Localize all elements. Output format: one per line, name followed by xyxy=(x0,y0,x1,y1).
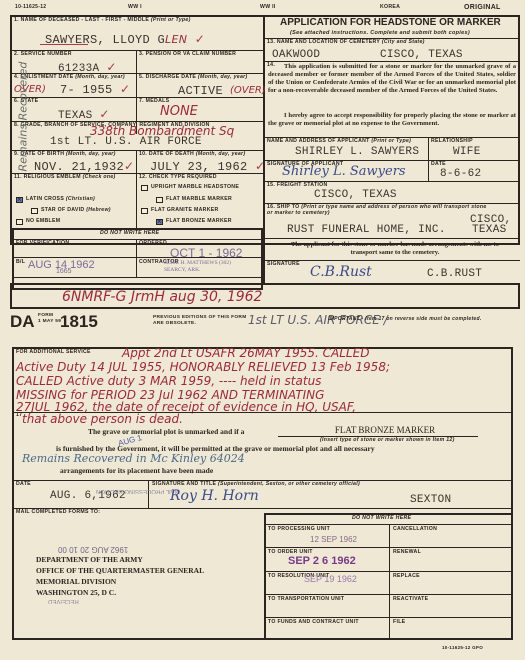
received-word-stamp: RECEIVED xyxy=(48,598,79,604)
ship-to-name: RUST FUNERAL HOME, INC. xyxy=(287,224,446,236)
field14-paragraph1: This application is submitted for a ston… xyxy=(268,63,516,95)
flat-granite-checkbox[interactable] xyxy=(141,208,148,214)
address-line-4: WASHINGTON 25, D C. xyxy=(36,588,204,599)
contractor-line2: SEARCY, ARK. xyxy=(164,267,200,273)
processing-unit-label: TO PROCESSING UNIT xyxy=(268,527,330,533)
flat-marble-label: FLAT MARBLE MARKER xyxy=(166,197,232,203)
transport-signature-label: SIGNATURE xyxy=(267,262,300,268)
funds-contract-unit-label: TO FUNDS AND CONTRACT UNIT xyxy=(268,620,359,626)
enlistment-date: 7- 1955 ✓ xyxy=(60,82,130,97)
previous-editions-note: PREVIOUS EDITIONS OF THIS FORM ARE OBSOL… xyxy=(153,315,253,326)
field14-paragraph2: I hereby agree to accept responsibility … xyxy=(268,112,516,128)
replace-label: REPLACE xyxy=(393,574,420,580)
freight-station: CISCO, TEXAS xyxy=(314,189,397,201)
field3-label: 3. PENSION OR VA CLAIM NUMBER xyxy=(139,52,236,58)
applicant-name: SHIRLEY L. SAWYERS xyxy=(295,146,419,158)
form-title: APPLICATION FOR HEADSTONE OR MARKER xyxy=(280,17,501,28)
front-office-heading: DO NOT WRITE HERE xyxy=(100,231,159,237)
flat-granite-label: FLAT GRANITE MARKER xyxy=(151,208,219,214)
star-of-david-checkbox[interactable] xyxy=(31,208,38,214)
form-word: FORM xyxy=(38,313,53,319)
field1-label: 1. NAME OF DECEASED - LAST - FIRST - MID… xyxy=(14,18,191,24)
flat-bronze-checkbox[interactable] xyxy=(156,219,163,225)
arrangements-text: arrangements for its placement have been… xyxy=(60,466,213,475)
contractor-line1: JESSE H. MATTHEWS (302) xyxy=(164,260,231,266)
additional-service-line-2: Active Duty 14 JUL 1955, HONORABLY RELIE… xyxy=(16,360,390,374)
no-emblem-checkbox[interactable] xyxy=(16,219,23,225)
address-line-2: OFFICE OF THE QUARTERMASTER GENERAL xyxy=(36,566,204,577)
reverse-office-heading: DO NOT WRITE HERE xyxy=(352,516,411,522)
reactivate-label: REACTIVATE xyxy=(393,597,428,603)
item17-hand: that above person is dead. xyxy=(22,412,183,426)
field12-label: 12. CHECK TYPE REQUIRED xyxy=(139,175,217,181)
annotation-frame xyxy=(10,283,520,309)
field2-label: 2. SERVICE NUMBER xyxy=(14,52,72,58)
cemetery-name: OAKWOOD xyxy=(272,49,320,61)
transport-note: The applicant for this stone or marker h… xyxy=(290,241,500,257)
order-unit-stamp: SEP 2 6 1962 xyxy=(288,555,356,567)
additional-service-line-3: CALLED Active duty 3 MAR 1959, ---- held… xyxy=(16,374,321,388)
cancellation-label: CANCELLATION xyxy=(393,527,437,533)
war-label-ww2: WW II xyxy=(260,5,276,11)
additional-service-line-1: Appt 2nd Lt USAFR 26MAY 1955. CALLED xyxy=(122,346,369,360)
field10-label: 10. DATE OF DEATH (Month, day, year) xyxy=(139,152,245,158)
star-of-david-label: STAR OF DAVID (Hebrew) xyxy=(41,208,111,214)
form-prefix: DA xyxy=(10,312,35,332)
applicant-date: 8-6-62 xyxy=(440,168,481,180)
file-label: FILE xyxy=(393,620,405,626)
form-code-bottom: 10-11625-12 GPO xyxy=(442,645,483,650)
no-emblem-label: NO EMBLEM xyxy=(26,219,60,225)
field11-label: 11. RELIGIOUS EMBLEM (Check one) xyxy=(14,175,116,181)
field13-label: 13. NAME AND LOCATION OF CEMETERY (City … xyxy=(267,40,425,46)
important-note: IMPORTANT - Item 17 on reverse side must… xyxy=(328,317,482,323)
grave-text: The grave or memorial plot is unmarked a… xyxy=(88,427,244,436)
form-date: 1 MAY 59 xyxy=(38,319,61,325)
field16-label: 16. SHIP TO (Print or type name and addr… xyxy=(267,205,487,217)
relationship-label: RELATIONSHIP xyxy=(431,139,473,145)
processing-unit-stamp: 12 SEP 1962 xyxy=(310,535,357,544)
mail-processing-stamp: MAIL PROCESSING SECTION xyxy=(96,488,180,494)
ship-to-state: TEXAS xyxy=(472,224,507,236)
state-value: TEXAS ✓ xyxy=(58,107,110,122)
upright-marble-checkbox[interactable] xyxy=(141,185,148,191)
field5-label: 5. DISCHARGE DATE (Month, day, year) xyxy=(139,75,248,81)
verification-label: FOR VERIFICATION xyxy=(16,241,69,247)
address-line-1: DEPARTMENT OF THE ARMY xyxy=(36,555,204,566)
flat-marble-checkbox[interactable] xyxy=(156,197,163,203)
flat-bronze-label: FLAT BRONZE MARKER xyxy=(166,219,232,225)
form-number: 1815 xyxy=(60,312,98,332)
bl-number: 1665 xyxy=(56,268,72,275)
reverse-date-label: DATE xyxy=(16,482,31,488)
additional-service-label: FOR ADDITIONAL SERVICE xyxy=(16,350,91,356)
transport-typed-name: C.B.RUST xyxy=(427,268,482,280)
grade-branch: 1st LT. U.S. AIR FORCE xyxy=(50,136,202,148)
resolution-unit-stamp: SEP 19 1962 xyxy=(304,574,357,584)
medals-value: NONE xyxy=(160,104,198,119)
transport-signature: C.B.Rust xyxy=(310,264,372,280)
applicant-name-label: NAME AND ADDRESS OF APPLICANT (Print or … xyxy=(267,139,411,145)
renewal-label: RENEWAL xyxy=(393,550,421,556)
field4-label: 4. ENLISTMENT DATE (Month, day, year) xyxy=(14,75,125,81)
copy-label: ORIGINAL xyxy=(464,4,501,12)
upright-marble-label: UPRIGHT MARBLE HEADSTONE xyxy=(151,185,239,191)
official-signature: Roy H. Horn xyxy=(170,488,259,504)
address-line-3: MEMORIAL DIVISION xyxy=(36,577,204,588)
latin-cross-checkbox[interactable] xyxy=(16,197,23,203)
form-code-top: 10-11625-12 xyxy=(15,5,46,11)
mail-label: MAIL COMPLETED FORMS TO: xyxy=(16,510,100,516)
form-subtitle: (See attached instructions. Complete and… xyxy=(290,30,470,36)
document-page: 10-11625-12 WW I WW II KOREA ORIGINAL 1.… xyxy=(0,0,525,660)
received-stamp: 1962 AUG 20 10 00 xyxy=(58,545,128,554)
transportation-unit-label: TO TRANSPORTATION UNIT xyxy=(268,597,344,603)
war-label-ww1: WW I xyxy=(128,5,142,11)
margin-note: Remains Recovered xyxy=(17,82,30,172)
discharge-date: ACTIVE xyxy=(178,84,223,98)
cemetery-location: CISCO, TEXAS xyxy=(380,49,463,61)
official-title: SEXTON xyxy=(410,494,451,506)
mailing-address: DEPARTMENT OF THE ARMY OFFICE OF THE QUA… xyxy=(36,555,204,599)
remains-hand-note: Remains Recovered in Mc Kinley 64024 xyxy=(22,452,245,465)
applicant-signature: Shirley L. Sawyers xyxy=(282,164,406,179)
marker-type: FLAT BRONZE MARKER xyxy=(300,425,470,435)
date-of-death: JULY 23, 1962 ✓ xyxy=(150,159,265,174)
latin-cross-label: LATIN CROSS (Christian) xyxy=(26,197,95,203)
war-label-korea: KOREA xyxy=(380,5,400,11)
bl-label: B/L xyxy=(16,260,25,266)
date-of-birth: NOV. 21,1932✓ xyxy=(34,159,134,174)
relationship-value: WIFE xyxy=(453,146,481,158)
discharge-hand-note: (OVER) xyxy=(230,85,266,96)
ordered-label: ORDERED xyxy=(139,241,167,247)
